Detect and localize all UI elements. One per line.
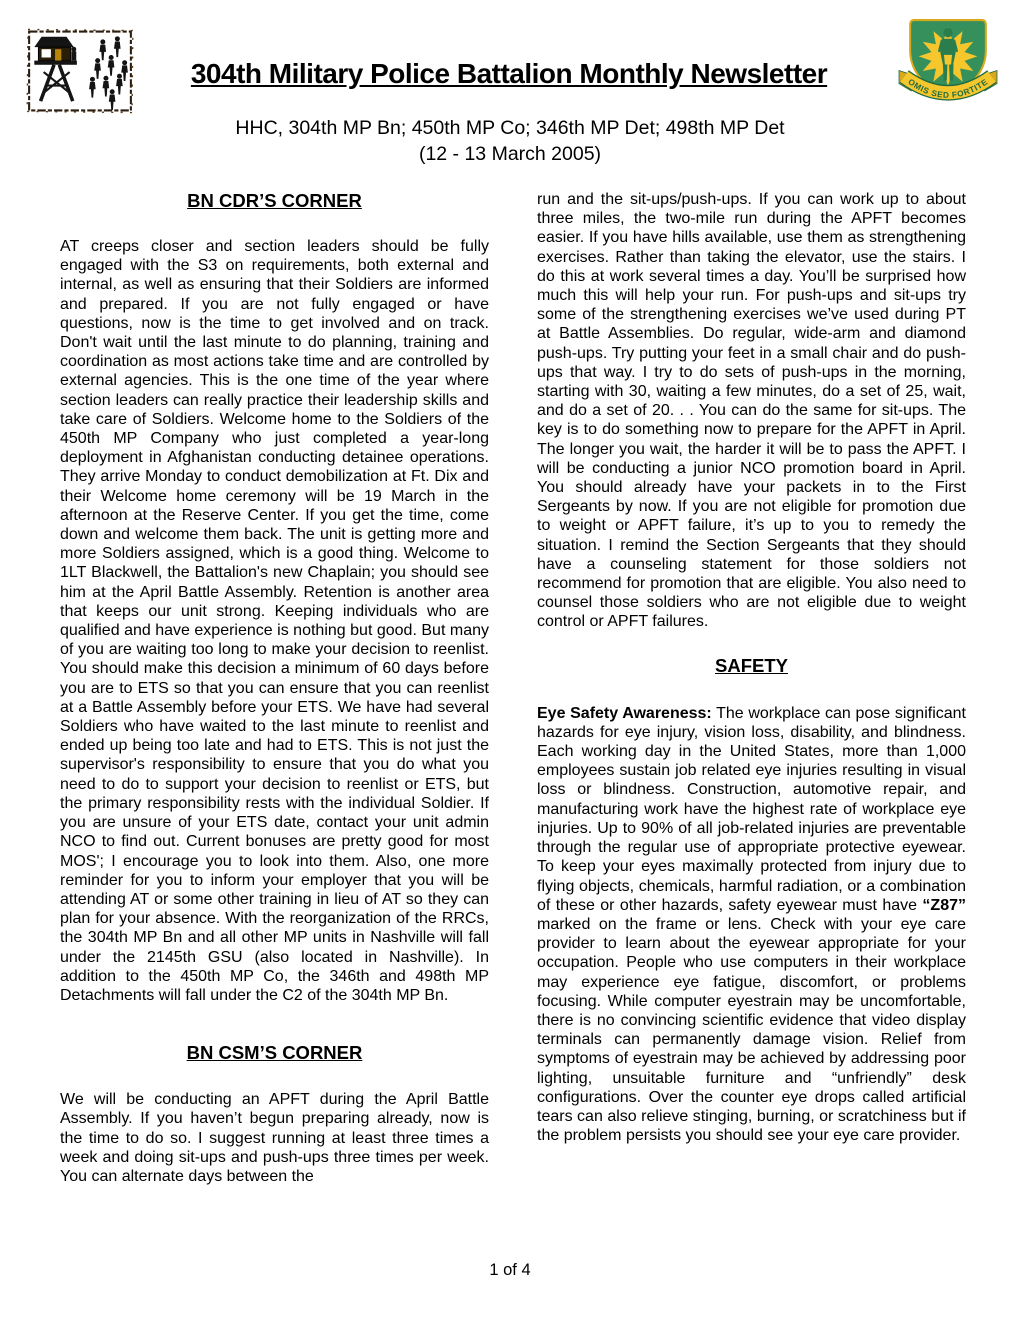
- page-number: 1 of 4: [0, 1261, 1020, 1280]
- z87-marking-bold: “Z87”: [922, 897, 966, 914]
- page-title: 304th Military Police Battalion Monthly …: [135, 58, 883, 90]
- section-heading-bn-cdr: BN CDR’S CORNER: [60, 190, 489, 212]
- safety-lead-bold: Eye Safety Awareness:: [537, 705, 712, 722]
- subtitle-date: (12 - 13 March 2005): [0, 141, 1020, 167]
- guard-tower-svg: [26, 28, 134, 114]
- column-right: run and the sit-ups/push-ups. If you can…: [537, 190, 966, 1145]
- bn-cdr-paragraph: AT creeps closer and section leaders sho…: [60, 237, 489, 1005]
- safety-text-2: marked on the frame or lens. Check with …: [537, 916, 966, 1144]
- battalion-crest-icon: COMIS SED FORTITER: [896, 16, 1000, 116]
- body-columns: BN CDR’S CORNER AT creeps closer and sec…: [60, 190, 966, 1186]
- safety-paragraph: Eye Safety Awareness: The workplace can …: [537, 704, 966, 1146]
- section-heading-safety: SAFETY: [537, 655, 966, 677]
- safety-text-1: The workplace can pose significant hazar…: [537, 705, 966, 914]
- battalion-crest-svg: COMIS SED FORTITER: [896, 16, 1000, 116]
- subtitle-units: HHC, 304th MP Bn; 450th MP Co; 346th MP …: [0, 115, 1020, 141]
- guard-tower-icon: [26, 28, 134, 114]
- subtitle: HHC, 304th MP Bn; 450th MP Co; 346th MP …: [0, 115, 1020, 167]
- bn-csm-paragraph-left: We will be conducting an APFT during the…: [60, 1090, 489, 1186]
- section-heading-bn-csm: BN CSM’S CORNER: [60, 1042, 489, 1064]
- column-left: BN CDR’S CORNER AT creeps closer and sec…: [60, 190, 489, 1186]
- newsletter-page: COMIS SED FORTITER 304th Military Police…: [0, 0, 1020, 1320]
- prisoner-figures: [89, 36, 128, 110]
- bn-csm-paragraph-right: run and the sit-ups/push-ups. If you can…: [537, 190, 966, 632]
